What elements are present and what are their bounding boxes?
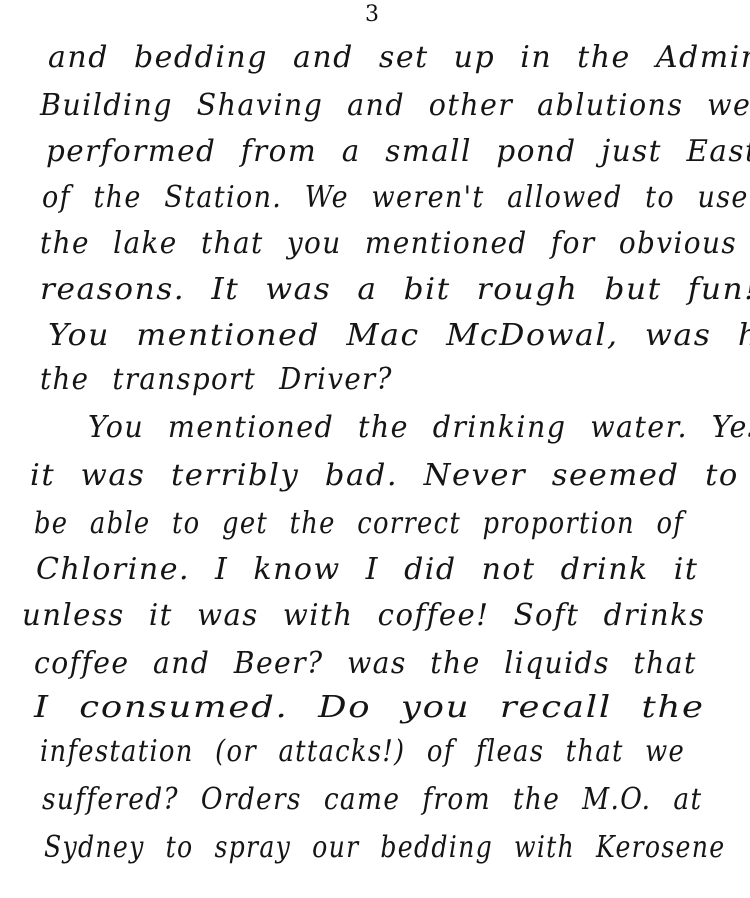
text-line: performed from a small pond just East [46,134,750,169]
text-line: infestation (or attacks!) of fleas that … [40,734,685,769]
text-line: be able to get the correct proportion of [34,506,684,541]
text-line: reasons. It was a bit rough but fun! [40,272,750,307]
text-line: suffered? Orders came from the M.O. at [42,782,702,817]
text-line: You mentioned the drinking water. Yes [88,410,750,445]
text-line: Chlorine. I know I did not drink it [36,552,698,587]
letter-page: 3 and bedding and set up in the Admin. B… [0,0,750,898]
page-number: 3 [0,2,747,27]
text-line: it was terribly bad. Never seemed to [30,458,739,493]
text-line: of the Station. We weren't allowed to us… [42,180,749,215]
text-line: the lake that you mentioned for obvious [40,226,737,261]
text-line: Sydney to spray our bedding with Kerosen… [44,830,725,865]
text-line: the transport Driver? [40,362,393,397]
text-line: unless it was with coffee! Soft drinks [22,598,706,633]
text-line: You mentioned Mac McDowal, was he [48,318,750,353]
text-line: Building Shaving and other ablutions wer… [40,88,750,123]
text-line: coffee and Beer? was the liquids that [34,646,697,681]
text-line: and bedding and set up in the Admin. [48,40,750,75]
text-line: I consumed. Do you recall the [34,690,705,725]
